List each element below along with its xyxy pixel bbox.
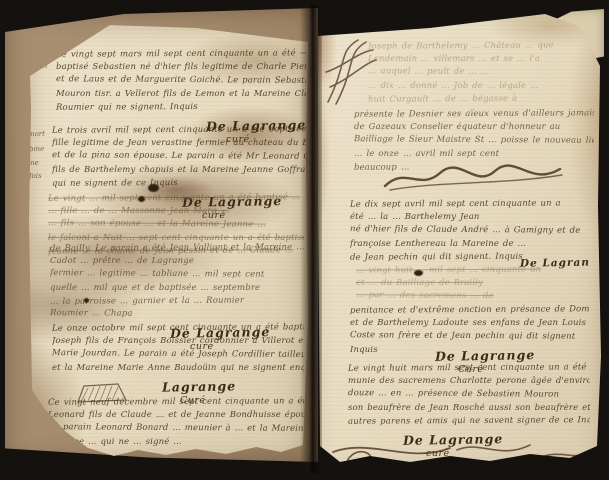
- manuscript-line: fermier … legitime … tabliane … mil sept…: [50, 268, 304, 283]
- register-entry-bleedthrough: … vingt huit … mil sept … cinquante unet…: [356, 264, 590, 304]
- signature-title: curé: [226, 476, 250, 480]
- margin-note: fois: [29, 172, 42, 180]
- register-entry: Le dix sept avril mil sept cent cinquant…: [350, 198, 590, 270]
- manuscript-line: … auquel … peult de … …: [368, 66, 594, 81]
- register-entry: Ce vingt neuf décembre mil sept cent cin…: [48, 396, 304, 480]
- manuscript-line: Roumier … Chapa: [50, 307, 304, 322]
- entry-lines: Le dix sept avril mil sept cent cinquant…: [350, 198, 590, 264]
- manuscript-line: … vingt huit … mil sept … cinquante un: [356, 264, 590, 278]
- manuscript-line: fils de Barthelemy chapuis et la Mareine…: [52, 164, 306, 177]
- manuscript-line: présente le Desnier ses aïeux venus d'ai…: [354, 108, 594, 122]
- signature: Lagrange: [162, 378, 236, 394]
- manuscript-line: Coste son frère et de Jean pechin qui di…: [350, 330, 590, 345]
- entry-lines: Le vingt sept mars mil sept cent cinquan…: [56, 48, 306, 114]
- manuscript-line: huit Curgault … de … bégasse à: [368, 92, 594, 106]
- manuscript-line: qui ne signent de ce Inquis: [52, 176, 306, 191]
- ink-blot: [148, 184, 159, 192]
- binding-gutter-shadow: [300, 5, 322, 473]
- manuscript-line: quelle … mil que et de baptisée … septem…: [50, 282, 304, 295]
- manuscript-line: … le onze … avril mil sept cent: [354, 148, 594, 161]
- manuscript-line: et de la pina son épouse. Le parain a ét…: [52, 150, 306, 165]
- signature-scrawl: [380, 161, 570, 195]
- manuscript-line: Le onze octobre mil sept cent cinquante …: [52, 322, 304, 336]
- ink-flourish: [325, 436, 595, 470]
- manuscript-line: penitance et d'extrême onction en présan…: [350, 304, 590, 318]
- manuscript-line: … dix … donné … Job de … légale …: [368, 80, 594, 93]
- manuscript-line: Le vingt … mil sept cent cinquante un a …: [48, 192, 304, 206]
- manuscript-line: Roumier qui ne signent. Inquis: [56, 100, 306, 115]
- manuscript-line: autres parens et amis qui ne savent sign…: [348, 414, 590, 429]
- manuscript-line: Le vingt huit mars mil sept cent cinquan…: [348, 362, 590, 376]
- hatched-doodle: [74, 380, 130, 406]
- manuscript-line: et de Laus et de Marguerite Goiché. Le p…: [56, 74, 306, 89]
- manuscript-line: et … du Bailliage de Brailly: [356, 277, 590, 290]
- register-entry-bleedthrough: Joseph de Barthelemy … Château … queLend…: [368, 40, 594, 106]
- ink-blot: [414, 270, 423, 276]
- manuscript-line: Le vingt sept mars mil sept cent cinquan…: [56, 48, 306, 62]
- manuscript-line: françoise Lenthereau la Mareine de …: [350, 238, 590, 251]
- entry-lines: Le trois avril mil sept cent cinquante u…: [52, 124, 306, 190]
- manuscript-line: Lendemain … villemars … et se … l'a: [368, 53, 594, 66]
- manuscript-line: Mouron tisr. a Vellerot fils de Lemon et…: [56, 88, 306, 101]
- manuscript-line: Le dix sept avril mil sept cent cinquant…: [350, 198, 590, 212]
- ink-blot: [138, 196, 145, 202]
- manuscript-line: Le parain Leonard Bonard … meunier à … e…: [48, 422, 304, 437]
- manuscript-line: … fils … son épouse … et la Mareine Jean…: [48, 218, 304, 233]
- manuscript-page-right: Joseph de Barthelemy … Château … queLend…: [310, 6, 604, 474]
- entry-lines: … vingt huit … mil sept … cinquante unet…: [356, 264, 590, 304]
- manuscript-line: philippe … qui ne … signé …: [48, 436, 304, 449]
- ink-blot: [84, 298, 89, 303]
- manuscript-line: douze … en … présence de Sebastien Mouro…: [348, 388, 590, 403]
- manuscript-line: Marie Jourdan. Le parain a été Joseph Co…: [52, 348, 304, 363]
- manuscript-line: né d'hier fils de Claude André … à Gamig…: [350, 224, 590, 239]
- entry-lines: Le vingt huit mars mil sept cent cinquan…: [348, 362, 590, 428]
- entry-lines: de Bailly. Le parain a été Jean Valliant…: [50, 242, 304, 321]
- entry-lines: Joseph de Barthelemy … Château … queLend…: [368, 40, 594, 106]
- manuscript-line: … par … des sacremens … de: [356, 290, 590, 304]
- margin-note: ne: [30, 159, 39, 167]
- archive-scan: adm mort bme ne fois Le vingt sept mars …: [0, 0, 609, 480]
- manuscript-line: Joseph de Barthelemy … Château … que: [368, 40, 594, 54]
- manuscript-line: Bailliage le Sieur Maistre St … poisse l…: [354, 134, 594, 149]
- manuscript-line: et la Mareine Marie Anne Baudoüin qui ne…: [52, 362, 304, 375]
- manuscript-line: de Bailly. Le parain a été Jean Valliant…: [50, 242, 304, 256]
- manuscript-page-left: adm mort bme ne fois Le vingt sept mars …: [26, 20, 308, 466]
- manuscript-line: son beaufrère de Jean Rosché aussi son b…: [348, 402, 590, 415]
- manuscript-line: Le trois avril mil sept cent cinquante u…: [52, 124, 306, 138]
- margin-note: bme: [29, 145, 45, 154]
- entry-lines: Le onze octobre mil sept cent cinquante …: [52, 322, 304, 375]
